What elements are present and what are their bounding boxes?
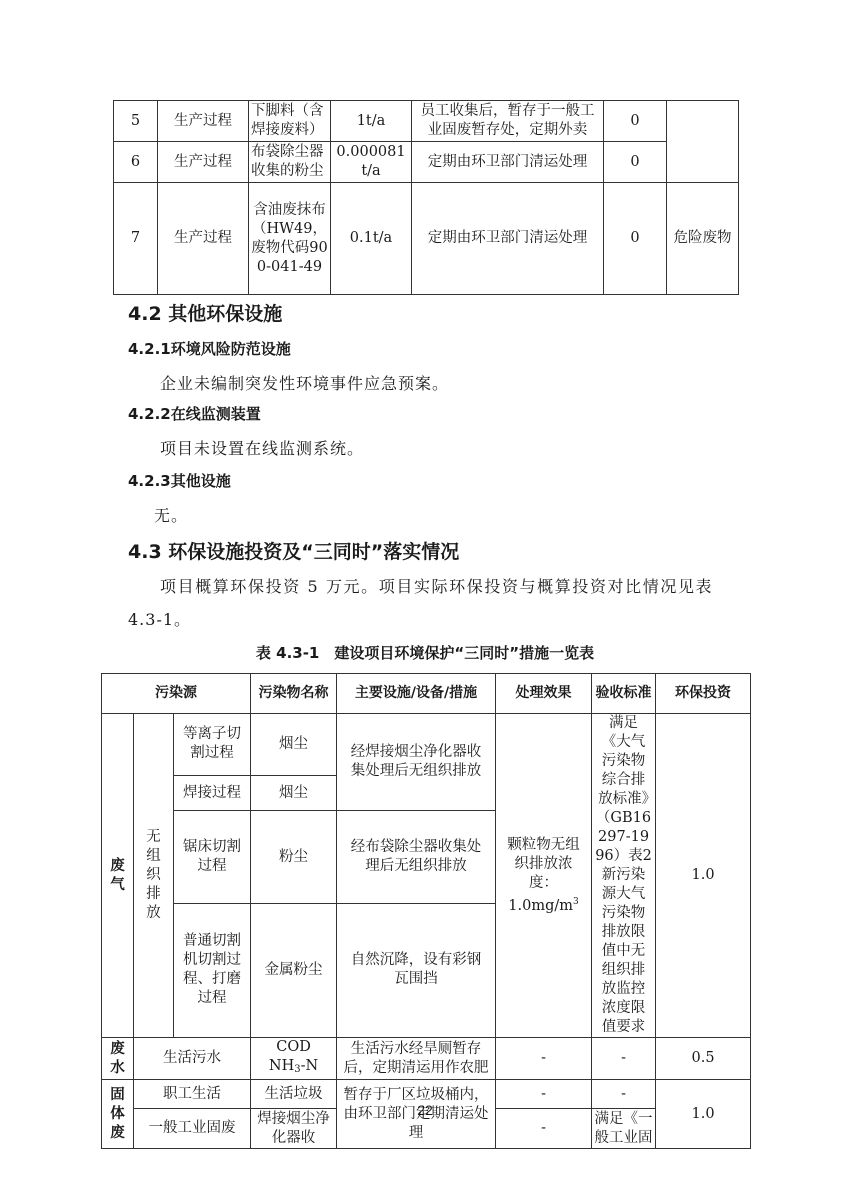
three-simultaneous-measures-table: 污染源 污染物名称 主要设施/设备/措施 处理效果 验收标准 环保投资 废气 无… (101, 673, 751, 1149)
waste-name: 含油废抹布（HW49，废物代码900-041-49 (249, 183, 331, 295)
paragraph: 项目概算环保投资 5 万元。项目实际环保投资与概算投资对比情况见表 (160, 574, 713, 597)
header-env-investment: 环保投资 (656, 674, 751, 714)
waste-amount: 1t/a (331, 101, 412, 142)
table-row: 废气 无组织排放 等离子切割过程 烟尘 经焊接烟尘净化器收集处理后无组织排放 颗… (102, 714, 751, 776)
measure: 生活污水经旱厕暂存后，定期清运用作农肥 (337, 1038, 496, 1080)
subcategory-unorganized: 无组织排放 (134, 714, 174, 1038)
header-pollutant-name: 污染物名称 (251, 674, 337, 714)
acceptance-standard: 满足《大气污染物综合排放标准》（GB16297-1996）表2新污染源大气污染物… (592, 714, 656, 1038)
category-waste-water: 废水 (102, 1038, 134, 1080)
waste-source: 生产过程 (158, 183, 249, 295)
waste-category: 危险废物 (667, 183, 739, 295)
section-heading-4-2: 4.2 其他环保设施 (128, 299, 282, 326)
discharge-amount: 0 (604, 183, 667, 295)
subsection-heading-4-2-3: 4.2.3其他设施 (128, 470, 231, 491)
document-page: 5 生产过程 下脚料（含焊接废料） 1t/a 员工收集后，暂存于一般工业固废暂存… (0, 0, 850, 1202)
category-waste-gas: 废气 (102, 714, 134, 1038)
investment: 0.5 (656, 1038, 751, 1080)
pollutant: 金属粉尘 (251, 903, 337, 1037)
waste-amount: 0.000081t/a (331, 142, 412, 183)
header-treatment-effect: 处理效果 (496, 674, 592, 714)
pollutant: 烟尘 (251, 714, 337, 776)
paragraph: 企业未编制突发性环境事件应急预案。 (160, 371, 449, 394)
source: 生活污水 (134, 1038, 251, 1080)
solid-waste-table-continued: 5 生产过程 下脚料（含焊接废料） 1t/a 员工收集后，暂存于一般工业固废暂存… (113, 100, 739, 295)
paragraph: 项目未设置在线监测系统。 (160, 436, 364, 459)
disposal-method: 定期由环卫部门清运处理 (412, 142, 604, 183)
process: 等离子切割过程 (174, 714, 251, 776)
process: 焊接过程 (174, 775, 251, 811)
acceptance-standard: - (592, 1038, 656, 1080)
table-row: 废水 生活污水 CODNH3-N 生活污水经旱厕暂存后，定期清运用作农肥 - -… (102, 1038, 751, 1080)
header-pollution-source: 污染源 (102, 674, 251, 714)
header-main-facilities: 主要设施/设备/措施 (337, 674, 496, 714)
disposal-method: 定期由环卫部门清运处理 (412, 183, 604, 295)
disposal-method: 员工收集后，暂存于一般工业固废暂存处，定期外卖 (412, 101, 604, 142)
paragraph: 无。 (154, 503, 188, 526)
measure: 自然沉降，设有彩钢瓦围挡 (337, 903, 496, 1037)
pollutant: 粉尘 (251, 811, 337, 904)
header-acceptance-standard: 验收标准 (592, 674, 656, 714)
section-heading-4-3: 4.3 环保设施投资及“三同时”落实情况 (128, 537, 459, 564)
process: 锯床切割过程 (174, 811, 251, 904)
row-number: 7 (114, 183, 158, 295)
waste-category (667, 101, 739, 183)
discharge-amount: 0 (604, 142, 667, 183)
table-row: 6 生产过程 布袋除尘器收集的粉尘 0.000081t/a 定期由环卫部门清运处… (114, 142, 739, 183)
pollutant: 烟尘 (251, 775, 337, 811)
row-number: 5 (114, 101, 158, 142)
process: 普通切割机切割过程、打磨过程 (174, 903, 251, 1037)
waste-name: 布袋除尘器收集的粉尘 (249, 142, 331, 183)
measure: 经布袋除尘器收集处理后无组织排放 (337, 811, 496, 904)
subsection-heading-4-2-2: 4.2.2在线监测装置 (128, 403, 261, 424)
page-number: 22 (0, 1102, 850, 1118)
table-row: 5 生产过程 下脚料（含焊接废料） 1t/a 员工收集后，暂存于一般工业固废暂存… (114, 101, 739, 142)
paragraph: 4.3-1。 (128, 607, 191, 630)
discharge-amount: 0 (604, 101, 667, 142)
waste-name: 下脚料（含焊接废料） (249, 101, 331, 142)
treatment-effect: 颗粒物无组织排放浓度：1.0mg/m3 (496, 714, 592, 1038)
waste-amount: 0.1t/a (331, 183, 412, 295)
row-number: 6 (114, 142, 158, 183)
pollutant: CODNH3-N (251, 1038, 337, 1080)
waste-source: 生产过程 (158, 101, 249, 142)
table-caption: 表 4.3-1 建设项目环境保护“三同时”措施一览表 (0, 642, 850, 663)
investment: 1.0 (656, 714, 751, 1038)
measure: 经焊接烟尘净化器收集处理后无组织排放 (337, 714, 496, 811)
table-header-row: 污染源 污染物名称 主要设施/设备/措施 处理效果 验收标准 环保投资 (102, 674, 751, 714)
subsection-heading-4-2-1: 4.2.1环境风险防范设施 (128, 338, 291, 359)
waste-source: 生产过程 (158, 142, 249, 183)
table-row: 7 生产过程 含油废抹布（HW49，废物代码900-041-49 0.1t/a … (114, 183, 739, 295)
treatment-effect: - (496, 1038, 592, 1080)
